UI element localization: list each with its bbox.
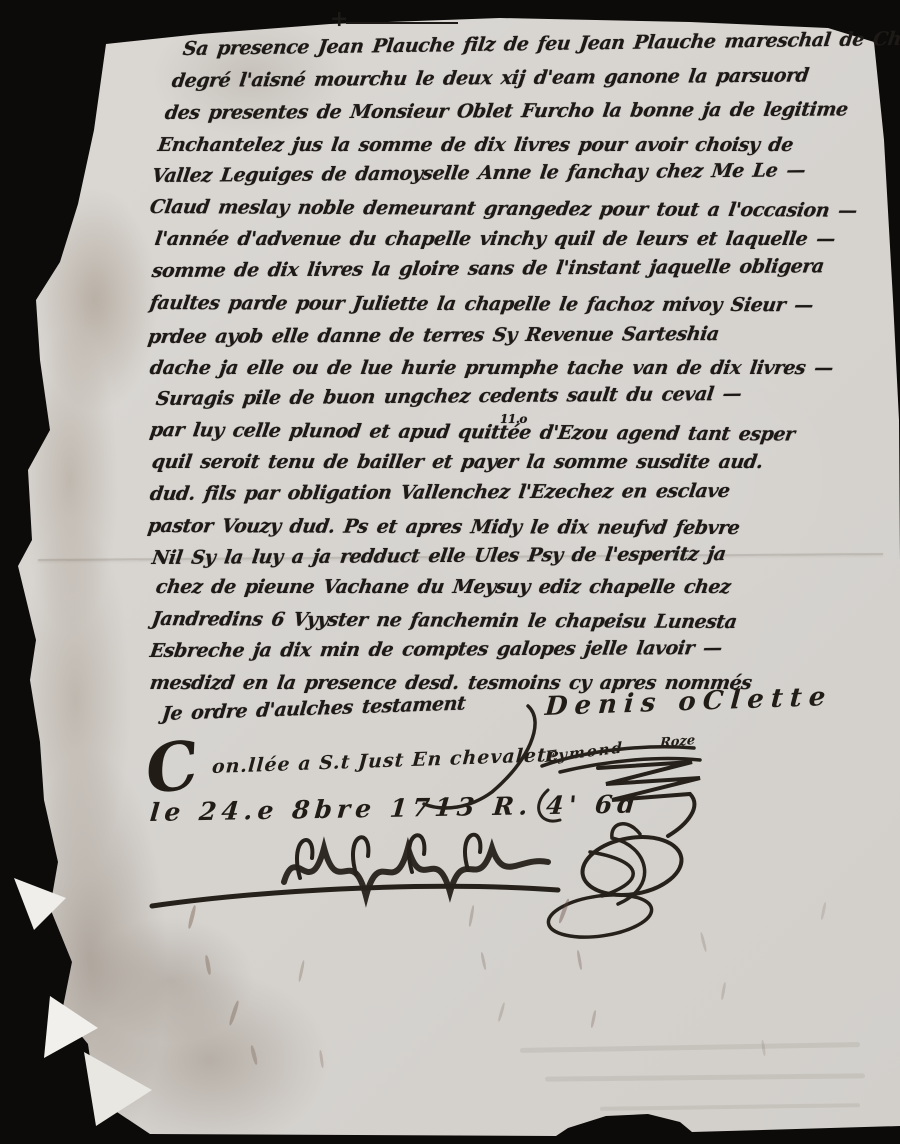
handwritten-line: pastor Vouzy dud. Ps et apres Midy le di… <box>146 515 740 539</box>
handwritten-line: faultes parde pour Juliette la chapelle … <box>148 292 814 316</box>
handwritten-line: prdee ayob elle danne de terres Sy Reven… <box>147 323 721 348</box>
handwritten-line: par luy celle plunod et apud quittée d'E… <box>148 419 796 446</box>
handwritten-line: Nil Sy la luy a ja redduct elle Ules Psy… <box>151 543 728 569</box>
handwritten-line: Claud meslay noble demeurant grangedez p… <box>148 196 858 222</box>
handwritten-line: Esbreche ja dix min de comptes galopes j… <box>149 637 724 662</box>
handwritten-line: chez de pieune Vachane du Meysuy ediz ch… <box>154 576 731 598</box>
handwritten-line: Jandredins 6 Vyyster ne fanchemin le cha… <box>150 608 738 633</box>
photograph-background: + Sa presence Jean Plauche filz de feu J… <box>0 0 900 1144</box>
handwritten-line: Enchantelez jus la somme de dix livres p… <box>156 134 794 156</box>
handwritten-line: des presentes de Monsieur Oblet Furcho l… <box>164 98 850 124</box>
invocation-cross: + <box>330 6 348 32</box>
handwritten-line: dache ja elle ou de lue hurie prumphe ta… <box>148 357 834 379</box>
handwritten-line: l'année d'advenue du chapelle vinchy qui… <box>153 228 836 250</box>
handwritten-line: somme de dix livres la gloire sans de l'… <box>151 255 826 282</box>
invocation-cross-line <box>346 22 458 24</box>
interline-note: 11.o <box>500 412 527 426</box>
witness-signature-surname: Roze <box>660 733 696 751</box>
handwritten-line: quil seroit tenu de bailler et payer la … <box>150 451 764 473</box>
handwritten-line: dud. fils par obligation Vallenchez l'Ez… <box>149 480 732 505</box>
